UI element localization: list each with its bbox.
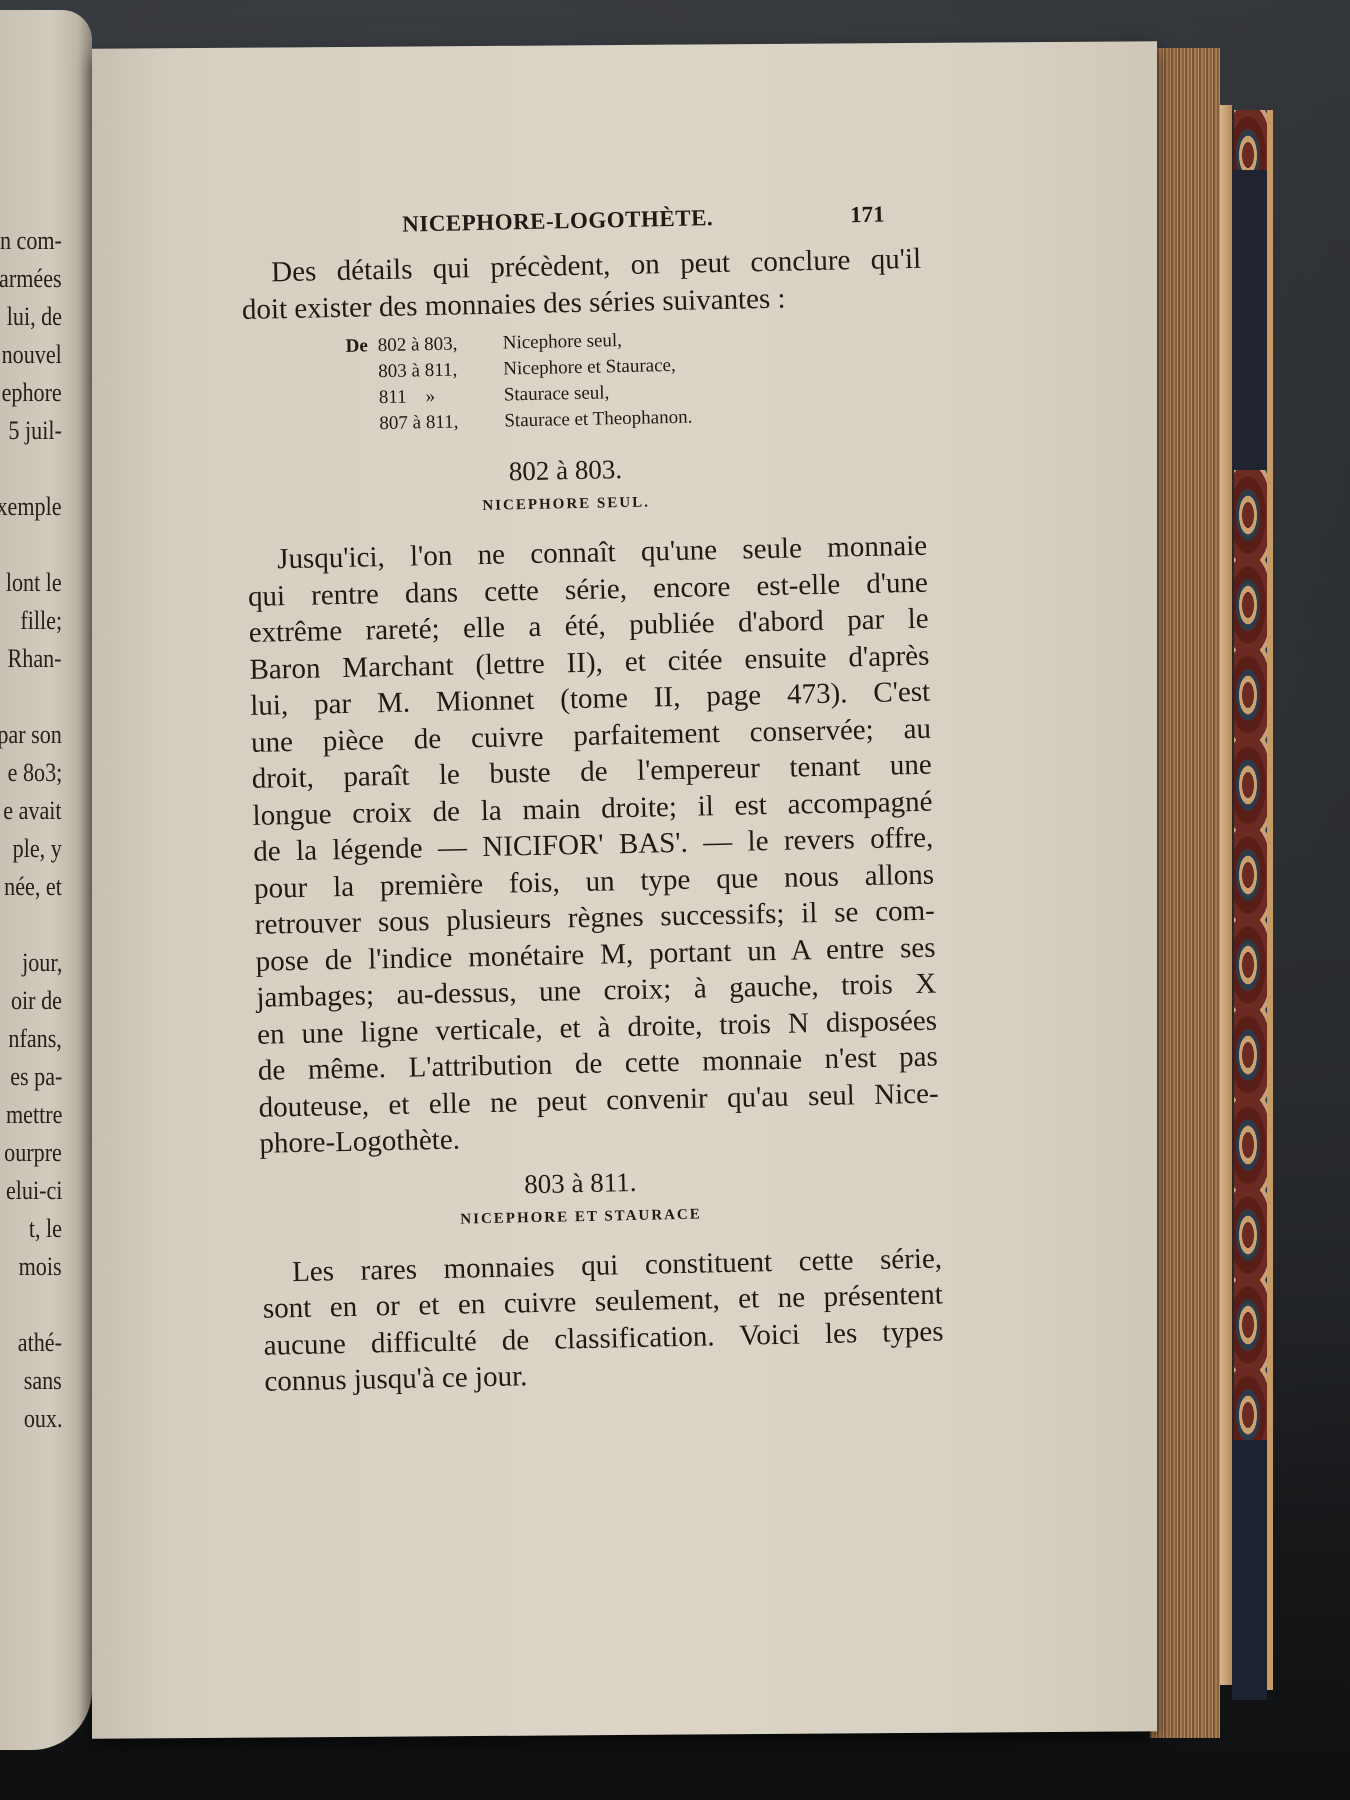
section-subtitle: NICEPHORE SEUL. (206, 489, 926, 521)
left-page-text-fragment: e 8o3; (7, 760, 62, 786)
left-page-text-fragment: lui, de (7, 304, 62, 330)
series-desc: Nicephore et Staurace, (503, 353, 676, 383)
section-paragraph: Les rares monnaies qui constituent cette… (262, 1240, 945, 1400)
series-range: 802 à 803, (378, 331, 504, 360)
left-page-text-fragment: nfans, (9, 1026, 62, 1052)
left-page-text-fragment: armées (0, 266, 62, 292)
left-page-text-fragment: nouvel (2, 342, 62, 368)
section-802-803: 802 à 803. NICEPHORE SEUL. Jusqu'ici, l'… (245, 448, 940, 1163)
cover-board-edge (1267, 110, 1273, 1690)
left-page-text-fragment: t, le (29, 1216, 62, 1242)
section-paragraph: Jusqu'ici, l'on ne connaît qu'une seule … (247, 528, 940, 1163)
series-lead (244, 385, 380, 414)
left-page-text-fragment: es pa- (10, 1064, 62, 1090)
cover-leather-top (1232, 170, 1267, 470)
series-range: 803 à 811, (378, 357, 504, 386)
intro-paragraph: Des détails qui précèdent, on peut concl… (241, 241, 922, 328)
left-page-text-fragment: ple, y (13, 836, 62, 862)
series-list: De 802 à 803, Nicephore seul, 803 à 811,… (243, 322, 925, 440)
left-page-text-fragment: oux. (23, 1406, 62, 1432)
series-desc: Nicephore seul, (502, 328, 622, 356)
left-page-text-fragment: née, et (4, 874, 62, 900)
left-page-text-fragment: mettre (6, 1102, 62, 1128)
section-subtitle: NICEPHORE ET STAURACE (221, 1201, 941, 1233)
series-lead (243, 359, 379, 388)
left-page-text-fragment: 5 juil- (9, 418, 62, 444)
left-page-text-fragment: par son (0, 722, 62, 748)
cover-leather-bottom (1232, 1440, 1267, 1700)
page-block-edge (1150, 48, 1220, 1738)
left-page-text-fragment: ourpre (4, 1140, 62, 1166)
left-page-text-fragment: lont le (6, 570, 62, 596)
section-heading: 803 à 811. (220, 1160, 940, 1206)
running-head-title: NICEPHORE-LOGOTHÈTE. (402, 205, 713, 238)
left-page-text-fragment: mois (19, 1254, 62, 1280)
cover-inner-edge (1220, 105, 1232, 1685)
left-page-text-fragment: athé- (18, 1330, 62, 1356)
left-page-text-fragment: n com- (0, 228, 62, 254)
left-page-text-fragment: fille; (20, 608, 62, 634)
section-heading: 802 à 803. (205, 448, 925, 494)
left-page-text-fragment: elui-ci (6, 1178, 62, 1204)
left-page-text-fragment: e avait (4, 798, 62, 824)
series-lead: De (243, 333, 379, 362)
series-lead (244, 411, 380, 440)
series-range: 811 » (379, 383, 505, 412)
left-page-text-fragment: ephore (2, 380, 62, 406)
series-desc: Staurace et Theophanon. (504, 405, 693, 435)
page-number: 171 (850, 202, 885, 229)
left-page-text-fragment: xemple (0, 494, 62, 520)
series-range: 807 à 811, (379, 409, 505, 438)
left-page-text-fragment: oir de (11, 988, 62, 1014)
section-803-811: 803 à 811. NICEPHORE ET STAURACE Les rar… (260, 1160, 945, 1400)
series-desc: Staurace seul, (504, 380, 610, 408)
left-page-text-fragment: sans (24, 1368, 62, 1394)
left-page-sliver: n com-arméeslui, denouvelephore5 juil-xe… (0, 10, 92, 1750)
left-page-text-fragment: Rhan- (8, 646, 62, 672)
page-content: NICEPHORE-LOGOTHÈTE. 171 Des détails qui… (240, 201, 945, 1400)
left-page-text-fragment: jour, (22, 950, 62, 976)
